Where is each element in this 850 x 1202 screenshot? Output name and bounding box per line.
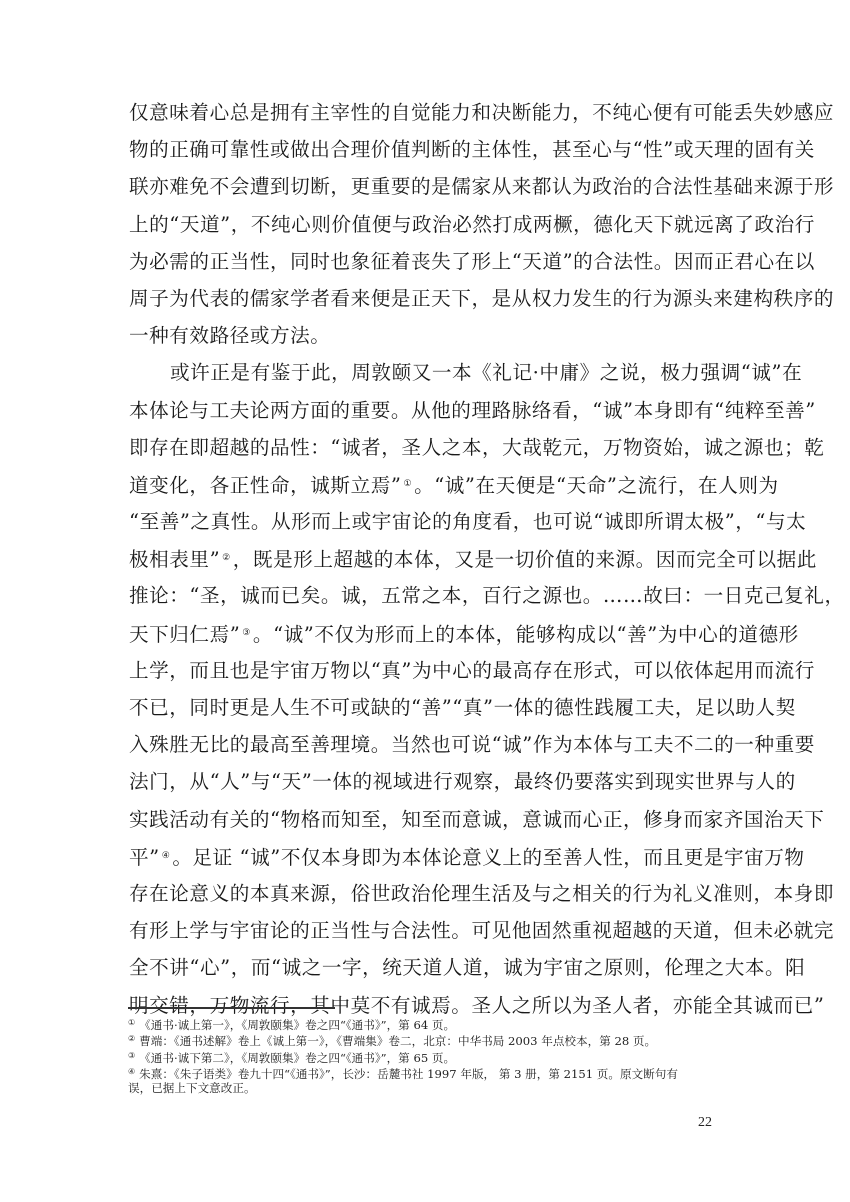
body-line: 即存在即超越的品性：“诚者，圣人之本，大哉乾元，万物资始，诚之源也；乾 (129, 429, 723, 466)
line-text: 或许正是有鉴于此，周敦颐又一本《礼记·中庸》之说，极力强调“诚”在 (170, 361, 802, 384)
body-line: 推论：“圣，诚而已矣。诚，五常之本，百行之源也。……故曰：一日克己复礼， (129, 577, 723, 614)
line-text: 存在论意义的本真来源，俗世政治伦理生活及与之相关的行为礼义准则，本身即 (129, 882, 834, 905)
line-text: 即存在即超越的品性：“诚者，圣人之本，大哉乾元，万物资始，诚之源也；乾 (129, 436, 824, 459)
line-text: 平” (129, 846, 160, 869)
line-text: 天下归仁焉” (129, 623, 240, 646)
footnote-text: 误，已据上下文意改正。 (128, 1081, 256, 1095)
body-line: 不已，同时更是人生不可或缺的“善”“真”一体的德性践履工夫，足以助人契 (129, 689, 723, 726)
line-text: 一种有效路径或方法。 (129, 324, 330, 347)
line-text: 仅意味着心总是拥有主宰性的自觉能力和决断能力，不纯心便有可能丢失妙感应 (129, 101, 834, 124)
document-page: 仅意味着心总是拥有主宰性的自觉能力和决断能力，不纯心便有可能丢失妙感应物的正确可… (0, 0, 850, 1202)
line-text: 上的“天道”，不纯心则价值便与政治必然打成两橛，德化天下就远离了政治行 (129, 213, 815, 236)
line-text: 全不讲“心”，而“诚之一字，统天道人道，诚为宇宙之原则，伦理之大本。阳 (129, 956, 805, 979)
body-line: 法门，从“人”与“天”一体的视域进行观察，最终仍要落实到现实世界与人的 (129, 763, 723, 800)
body-line: 本体论与工夫论两方面的重要。从他的理路脉络看，“诚”本身即有“纯粹至善” (129, 392, 723, 429)
line-text: 物的正确可靠性或做出合理价值判断的主体性，甚至心与“性”或天理的固有关 (129, 138, 815, 161)
body-line: 联亦难免不会遭到切断，更重要的是儒家从来都认为政治的合法性基础来源于形 (129, 168, 723, 205)
line-text: 为必需的正当性，同时也象征着丧失了形上“天道”的合法性。因而正君心在以 (129, 250, 815, 273)
footnote-separator (128, 1007, 335, 1009)
footnotes: ①《通书·诚上第一》，《周敦颐集》卷之四“《通书》”，第 64 页。②曹端：《通… (128, 1015, 728, 1096)
line-text: 周子为代表的儒家学者看来便是正天下，是从权力发生的行为源头来建构秩序的 (129, 287, 834, 310)
line-text: 联亦难免不会遭到切断，更重要的是儒家从来都认为政治的合法性基础来源于形 (129, 175, 834, 198)
body-line: 有形上学与宇宙论的正当性与合法性。可见他固然重视超越的天道，但未必就完 (129, 912, 723, 949)
line-text-continued: 。足证 “诚”不仅本身即为本体论意义上的至善人性，而且更是宇宙万物 (172, 846, 804, 869)
page-number: 22 (698, 1115, 712, 1131)
line-text: 上学，而且也是宇宙万物以“真”为中心的最高存在形式，可以依体起用而流行 (129, 659, 815, 682)
line-text: 本体论与工夫论两方面的重要。从他的理路脉络看，“诚”本身即有“纯粹至善” (129, 399, 816, 422)
body-line: 为必需的正当性，同时也象征着丧失了形上“天道”的合法性。因而正君心在以 (129, 243, 723, 280)
footnote-reference[interactable]: ③ (242, 628, 251, 638)
line-text: 不已，同时更是人生不可或缺的“善”“真”一体的德性践履工夫，足以助人契 (129, 696, 796, 719)
body-line: 周子为代表的儒家学者看来便是正天下，是从权力发生的行为源头来建构秩序的 (129, 280, 723, 317)
footnote-reference[interactable]: ① (403, 479, 412, 489)
footnote-line: ②曹端：《通书述解》卷上《诚上第一》，《曹端集》卷二，北京：中华书局 2003 … (128, 1031, 728, 1047)
footnote-text: 曹端：《通书述解》卷上《诚上第一》，《曹端集》卷二，北京：中华书局 2003 年… (139, 1034, 656, 1048)
body-line: 平”④。足证 “诚”不仅本身即为本体论意义上的至善人性，而且更是宇宙万物 (129, 838, 723, 875)
body-line: 极相表里”②，既是形上超越的本体，又是一切价值的来源。因而完全可以据此 (129, 540, 723, 577)
line-text: 明交错，万物流行，其中莫不有诚焉。圣人之所以为圣人者，亦能全其诚而已” (129, 994, 824, 1017)
body-line: 物的正确可靠性或做出合理价值判断的主体性，甚至心与“性”或天理的固有关 (129, 131, 723, 168)
line-text-continued: ，既是形上超越的本体，又是一切价值的来源。因而完全可以据此 (233, 548, 817, 571)
footnote-text: 《通书·诚下第二》，《周敦颐集》卷之四“《通书》”，第 65 页。 (139, 1051, 455, 1065)
body-line: 存在论意义的本真来源，俗世政治伦理生活及与之相关的行为礼义准则，本身即 (129, 875, 723, 912)
body-line: 一种有效路径或方法。 (129, 317, 723, 354)
footnote-mark: ② (128, 1034, 135, 1043)
body-line: 上学，而且也是宇宙万物以“真”为中心的最高存在形式，可以依体起用而流行 (129, 652, 723, 689)
line-text: 实践活动有关的“物格而知至，知至而意诚，意诚而心正，修身而家齐国治天下 (129, 808, 824, 831)
line-text: 入殊胜无比的最高至善理境。当然也可说“诚”作为本体与工夫不二的一种重要 (129, 733, 815, 756)
line-text: 法门，从“人”与“天”一体的视域进行观察，最终仍要落实到现实世界与人的 (129, 770, 796, 793)
footnote-mark: ④ (128, 1067, 135, 1076)
line-text: 极相表里” (129, 548, 220, 571)
line-text: “至善”之真性。从形而上或宇宙论的角度看，也可说“诚即所谓太极”，“与太 (129, 510, 806, 533)
line-text: 推论：“圣，诚而已矣。诚，五常之本，百行之源也。……故曰：一日克己复礼， (129, 584, 845, 607)
footnote-text: 朱熹：《朱子语类》卷九十四“《通书》”，长沙：岳麓书社 1997 年版， 第 3… (139, 1067, 678, 1081)
line-text-continued: 。“诚”在天便是“天命”之流行，在人则为 (414, 474, 779, 497)
footnote-line: ①《通书·诚上第一》，《周敦颐集》卷之四“《通书》”，第 64 页。 (128, 1015, 728, 1031)
body-line: “至善”之真性。从形而上或宇宙论的角度看，也可说“诚即所谓太极”，“与太 (129, 503, 723, 540)
footnote-reference[interactable]: ② (222, 553, 231, 563)
body-line: 道变化，各正性命，诚斯立焉”①。“诚”在天便是“天命”之流行，在人则为 (129, 466, 723, 503)
body-line: 天下归仁焉”③。“诚”不仅为形而上的本体，能够构成以“善”为中心的道德形 (129, 615, 723, 652)
body-line: 全不讲“心”，而“诚之一字，统天道人道，诚为宇宙之原则，伦理之大本。阳 (129, 949, 723, 986)
footnote-text: 《通书·诚上第一》，《周敦颐集》卷之四“《通书》”，第 64 页。 (139, 1018, 455, 1032)
line-text: 道变化，各正性命，诚斯立焉” (129, 474, 401, 497)
body-line: 上的“天道”，不纯心则价值便与政治必然打成两橛，德化天下就远离了政治行 (129, 206, 723, 243)
body-line: 实践活动有关的“物格而知至，知至而意诚，意诚而心正，修身而家齐国治天下 (129, 801, 723, 838)
body-line: 或许正是有鉴于此，周敦颐又一本《礼记·中庸》之说，极力强调“诚”在 (129, 354, 723, 391)
footnote-line: ④朱熹：《朱子语类》卷九十四“《通书》”，长沙：岳麓书社 1997 年版， 第 … (128, 1064, 728, 1080)
footnote-line: ③《通书·诚下第二》，《周敦颐集》卷之四“《通书》”，第 65 页。 (128, 1048, 728, 1064)
body-text: 仅意味着心总是拥有主宰性的自觉能力和决断能力，不纯心便有可能丢失妙感应物的正确可… (129, 94, 723, 1024)
body-line: 仅意味着心总是拥有主宰性的自觉能力和决断能力，不纯心便有可能丢失妙感应 (129, 94, 723, 131)
line-text: 有形上学与宇宙论的正当性与合法性。可见他固然重视超越的天道，但未必就完 (129, 919, 834, 942)
line-text-continued: 。“诚”不仅为形而上的本体，能够构成以“善”为中心的道德形 (253, 623, 799, 646)
body-line: 入殊胜无比的最高至善理境。当然也可说“诚”作为本体与工夫不二的一种重要 (129, 726, 723, 763)
footnote-mark: ① (128, 1018, 135, 1027)
footnote-reference[interactable]: ④ (162, 851, 171, 861)
footnote-line: 误，已据上下文意改正。 (128, 1080, 728, 1096)
footnote-mark: ③ (128, 1051, 135, 1060)
